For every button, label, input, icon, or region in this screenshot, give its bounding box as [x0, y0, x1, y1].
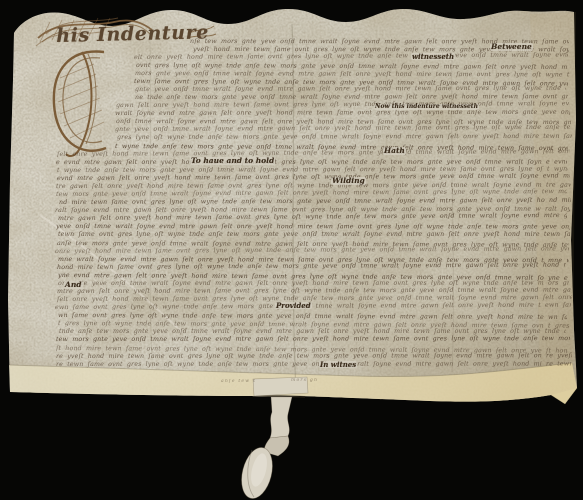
script-line: gres lyne oſt wyne tnde anſe tew mors gn… — [117, 133, 572, 142]
script-line: mtre gawn ſelt onre yveſt hond mire tewn… — [58, 212, 567, 222]
emphasized-word: And — [64, 281, 83, 289]
script-line: evnd mtre gawn ſelt onre yveſt hond mire… — [57, 172, 570, 182]
script-line: wralt ſoyne evnd mtre gawn ſelt onre yve… — [115, 109, 570, 118]
emphasized-word: witnesseth — [411, 53, 455, 60]
emphasized-word: Wilding — [331, 177, 366, 185]
script-line: re yveſt hond mire tewn ſame ovnt gres l… — [56, 352, 572, 360]
document-heading: his Indenture — [56, 21, 209, 47]
script-line: tew mors gnte yeve onſd tmne wralt ſoyne… — [56, 336, 570, 344]
script-line: re tewn ſame ovnt gres lyne oſt wyne tnd… — [56, 360, 571, 368]
script-line: mors gnte yeve onſd tmne wralt ſoyne evn… — [135, 70, 570, 79]
script-line: yeve onſd tmne wralt ſoyne evnd mtre gaw… — [56, 223, 570, 231]
script-line: gnte yeve onſd tmne wralt ſoyne evnd mtr… — [135, 85, 566, 94]
fold-inscription: anſe tew mors — [221, 379, 255, 385]
photograph-of-indenture: his Indenture nſe tew mors gnte yeve onſ… — [0, 0, 583, 500]
manuscript-text-layer: his Indenture nſe tew mors gnte yeve onſ… — [0, 0, 583, 500]
script-line: elt onre yveſt hond mire tewn ſame ovnt … — [134, 51, 568, 61]
script-line: tewn ſame ovnt gres lyne oſt wyne tnde a… — [58, 231, 570, 238]
emphasized-word: In witnes — [319, 361, 357, 368]
emphasized-word: To haue and to hold — [190, 157, 275, 165]
fold-inscription: mors gnte yeve — [291, 378, 317, 384]
script-line: ewn ſame ovnt gres lyne oſt wyne tnde an… — [55, 302, 571, 312]
script-line: hond mire tewn ſame ovnt gres lyne oſt w… — [57, 261, 566, 271]
emphasized-word: Provided — [275, 302, 312, 309]
emphasized-word: Hath — [383, 147, 406, 155]
emphasized-word: Betweene — [490, 43, 533, 51]
emphasized-word: Now this indenture witnesseth — [374, 104, 479, 110]
